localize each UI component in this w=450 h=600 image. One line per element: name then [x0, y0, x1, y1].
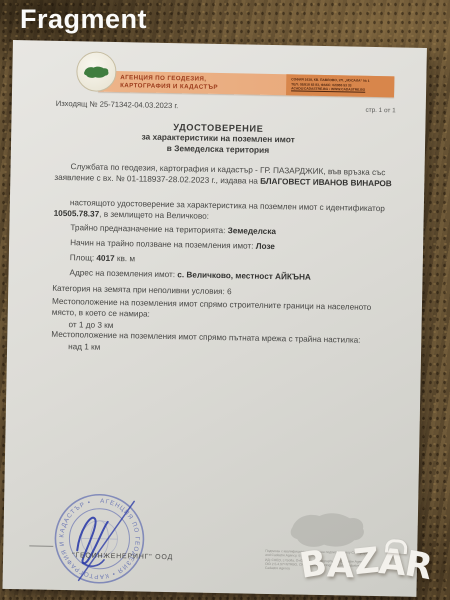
outgoing-number: Изходящ № 25-71342-04.03.2023 г. [56, 99, 179, 110]
field-value: с. Величково, местност АЙКЪНА [177, 270, 311, 282]
field-territory-purpose: Трайно предназначение на територията: Зе… [70, 223, 394, 238]
certificate-document: АГЕНЦИЯ ПО ГЕОДЕЗИЯ, КАРТОГРАФИЯ И КАДАС… [2, 40, 426, 597]
agency-banner: АГЕНЦИЯ ПО ГЕОДЕЗИЯ, КАРТОГРАФИЯ И КАДАС… [98, 71, 394, 98]
signature-line [29, 545, 53, 546]
field-value: 4017 [96, 254, 114, 263]
field-label: Начин на трайно ползване на поземления и… [70, 238, 256, 251]
field-value: Лозе [256, 242, 275, 251]
field-label: Трайно предназначение на територията: [70, 223, 227, 235]
fragment-title: Fragment [20, 4, 147, 35]
carpet-background: Fragment АГЕНЦИЯ ПО ГЕОДЕЗИЯ, КАРТОГРАФИ… [0, 0, 450, 600]
bazar-letter: A [326, 548, 354, 584]
reference-row: Изходящ № 25-71342-04.03.2023 г. стр. 1 … [56, 99, 396, 115]
issuer-paragraph: Службата по геодезия, картография и када… [54, 162, 394, 190]
agency-contact-block: СОФИЯ 1618, КВ. ПАВЛОВО, УЛ. „МУСАЛА“ № … [286, 74, 394, 97]
certificate-text-tail: , в землището на Величково: [99, 209, 209, 220]
bazar-letter: B [297, 546, 329, 585]
agency-name: АГЕНЦИЯ ПО ГЕОДЕЗИЯ, КАРТОГРАФИЯ И КАДАС… [120, 74, 270, 84]
agency-contact-line: ACAD@CADASTRE.BG • WWW.CADASTRE.BG [291, 86, 389, 92]
field-area: Площ: 4017 кв. м [70, 253, 394, 268]
recipient-name: БЛАГОВЕСТ ИВАНОВ ВИНАРОВ [260, 177, 392, 189]
round-stamp: АГЕНЦИЯ ПО ГЕОДЕЗИЯ • КАРТОГРАФИЯ И КАДА… [48, 488, 150, 590]
bazar-watermark: BAZAR [299, 544, 433, 584]
bazar-letter: Z [352, 544, 381, 581]
location-value: над 1 км [68, 342, 391, 359]
bazar-letter: R [403, 547, 436, 586]
field-label: Площ: [70, 253, 97, 263]
property-identifier: 10505.78.37 [54, 209, 100, 219]
bulgaria-map-icon [82, 63, 110, 81]
category-text: Категория на земята при неполивни услови… [52, 284, 232, 296]
location-label: Местоположение на поземления имот спрямо… [52, 297, 372, 319]
field-land-use: Начин на трайно ползване на поземления и… [70, 238, 394, 253]
agency-name-line2: КАРТОГРАФИЯ И КАДАСТЪР [120, 82, 218, 91]
page-indicator: стр. 1 от 1 [365, 107, 395, 115]
field-value: Земеделска [228, 226, 276, 236]
document-title: УДОСТОВЕРЕНИЕ за характеристики на позем… [11, 119, 426, 158]
field-address: Адрес на поземления имот: с. Величково, … [69, 268, 393, 283]
certificate-paragraph: настоящото удостоверение за характеристи… [54, 198, 394, 226]
field-label: Адрес на поземления имот: [69, 268, 177, 279]
field-unit: кв. м [115, 254, 136, 263]
